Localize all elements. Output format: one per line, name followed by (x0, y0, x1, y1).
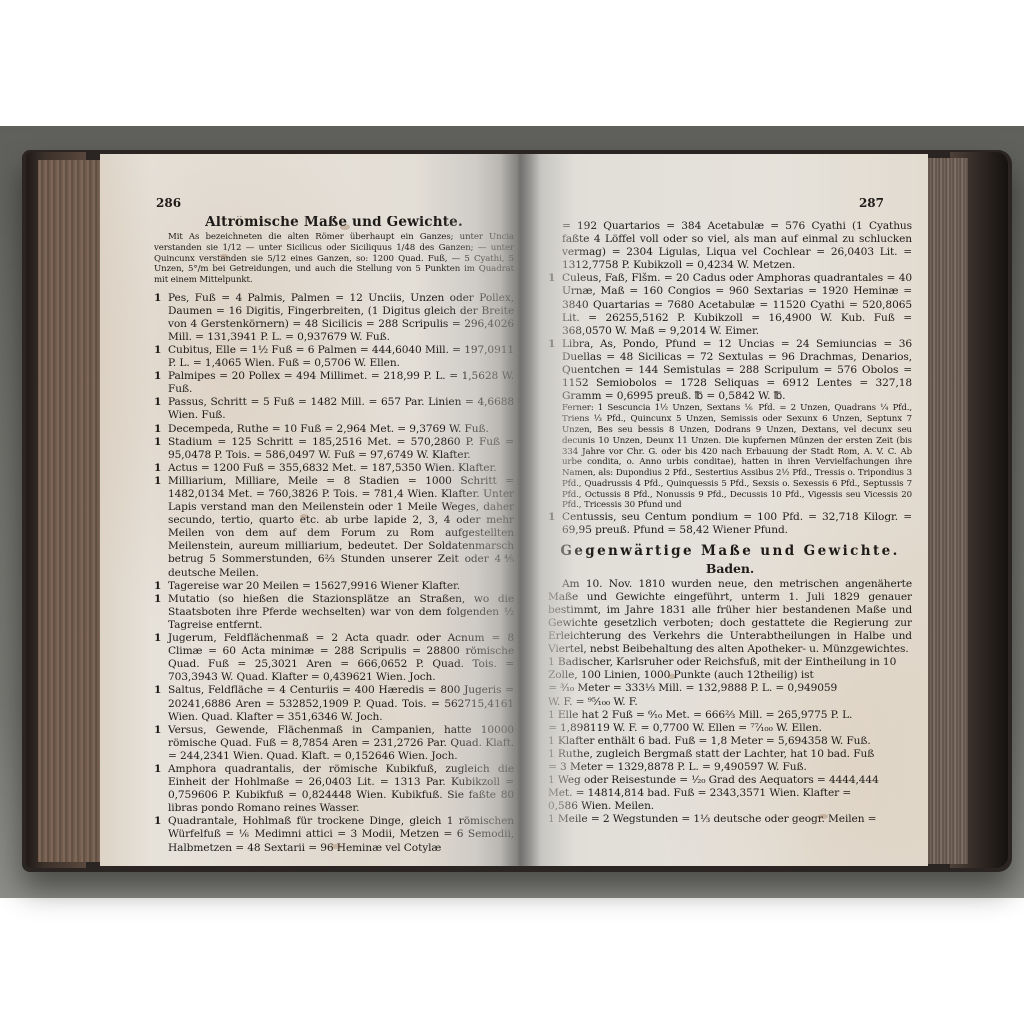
text-line: 1 Weg oder Reisestunde = ¹⁄₂₀ Grad des A… (548, 774, 912, 787)
page-edges-right (922, 158, 968, 864)
coin-note: Ferner: 1 Sescuncia 1½ Unzen, Sextans ⅙ … (548, 403, 912, 511)
entry-palmipes: 1Palmipes = 20 Pollex = 494 Millimet. = … (154, 370, 514, 396)
entry-milliarium: 1Milliarium, Milliare, Meile = 8 Stadien… (154, 475, 514, 580)
baden-paragraph: Am 10. Nov. 1810 wurden neue, den metris… (548, 578, 912, 657)
text-line: = ³⁄₁₀ Meter = 333⅓ Mill. = 132,9888 P. … (548, 682, 912, 695)
entry-jugerum: 1Jugerum, Feldflächenmaß = 2 Acta quadr.… (154, 632, 514, 684)
page-number: 287 (859, 196, 884, 210)
entry-stadium: 1Stadium = 125 Schritt = 185,2516 Met. =… (154, 436, 514, 462)
section-heading: Gegenwärtige Maße und Gewichte. (548, 545, 912, 558)
entry-mutatio: 1Mutatio (so hießen die Stazionsplätze a… (154, 593, 514, 632)
entry-cubitus: 1Cubitus, Elle = 1½ Fuß = 6 Palmen = 444… (154, 344, 514, 370)
left-page: 286 Altrömische Maße und Gewichte. Mit A… (100, 154, 518, 866)
entry-quadrantale: 1Quadrantale, Hohlmaß für trockene Dinge… (154, 815, 514, 854)
entry-versus: 1Versus, Gewende, Flächenmaß in Campanie… (154, 724, 514, 763)
entry-culeus: 1Culeus, Faß, Flšm. = 20 Cadus oder Amph… (548, 272, 912, 337)
text-line: Met. = 14814,814 bad. Fuß = 2343,3571 Wi… (548, 787, 912, 800)
entry-centussis: 1Centussis, seu Centum pondium = 100 Pfd… (548, 511, 912, 537)
text-line: 0,586 Wien. Meilen. (548, 800, 912, 813)
section-heading: Altrömische Maße und Gewichte. (154, 216, 514, 229)
entry-tagereise: 1Tagereise war 20 Meilen = 15627,9916 Wi… (154, 580, 514, 593)
text-line: = 3 Meter = 1329,8878 P. L. = 9,490597 W… (548, 761, 912, 774)
text-line: = 1,898119 W. F. = 0,7700 W. Ellen = ⁷⁷⁄… (548, 722, 912, 735)
entry-continuation: = 192 Quartarios = 384 Acetabulæ = 576 C… (548, 220, 912, 272)
right-page-text: = 192 Quartarios = 384 Acetabulæ = 576 C… (548, 220, 912, 826)
text-line: 1 Elle hat 2 Fuß = ⁶⁄₁₀ Met. = 666⅔ Mill… (548, 709, 912, 722)
entry-pes: 1Pes, Fuß = 4 Palmis, Palmen = 12 Unciis… (154, 292, 514, 344)
text-line: 1 Meile = 2 Wegstunden = 1⅓ deutsche ode… (548, 813, 912, 826)
right-page: 287 = 192 Quartarios = 384 Acetabulæ = 5… (518, 154, 928, 866)
entry-passus: 1Passus, Schritt = 5 Fuß = 1482 Mill. = … (154, 396, 514, 422)
text-line: 1 Klafter enthält 6 bad. Fuß = 1,8 Meter… (548, 735, 912, 748)
intro-paragraph: Mit As bezeichneten die alten Römer über… (154, 232, 514, 286)
subsection-heading: Baden. (548, 562, 912, 575)
text-line: W. F. = ⁹⁵⁄₁₀₀ W. F. (548, 696, 912, 709)
page-number: 286 (156, 196, 181, 210)
entry-amphora: 1Amphora quadrantalis, der römische Kubi… (154, 763, 514, 815)
entry-decempeda: 1Decempeda, Ruthe = 10 Fuß = 2,964 Met. … (154, 423, 514, 436)
left-page-text: Altrömische Maße und Gewichte. Mit As be… (154, 216, 514, 855)
entry-libra: 1Libra, As, Pondo, Pfund = 12 Uncias = 2… (548, 338, 912, 403)
entry-saltus: 1Saltus, Feldfläche = 4 Centuriis = 400 … (154, 684, 514, 723)
entry-actus: 1Actus = 1200 Fuß = 355,6832 Met. = 187,… (154, 462, 514, 475)
text-line: 1 Badischer, Karlsruher oder Reichsfuß, … (548, 656, 912, 682)
text-line: 1 Ruthe, zugleich Bergmaß statt der Lach… (548, 748, 912, 761)
